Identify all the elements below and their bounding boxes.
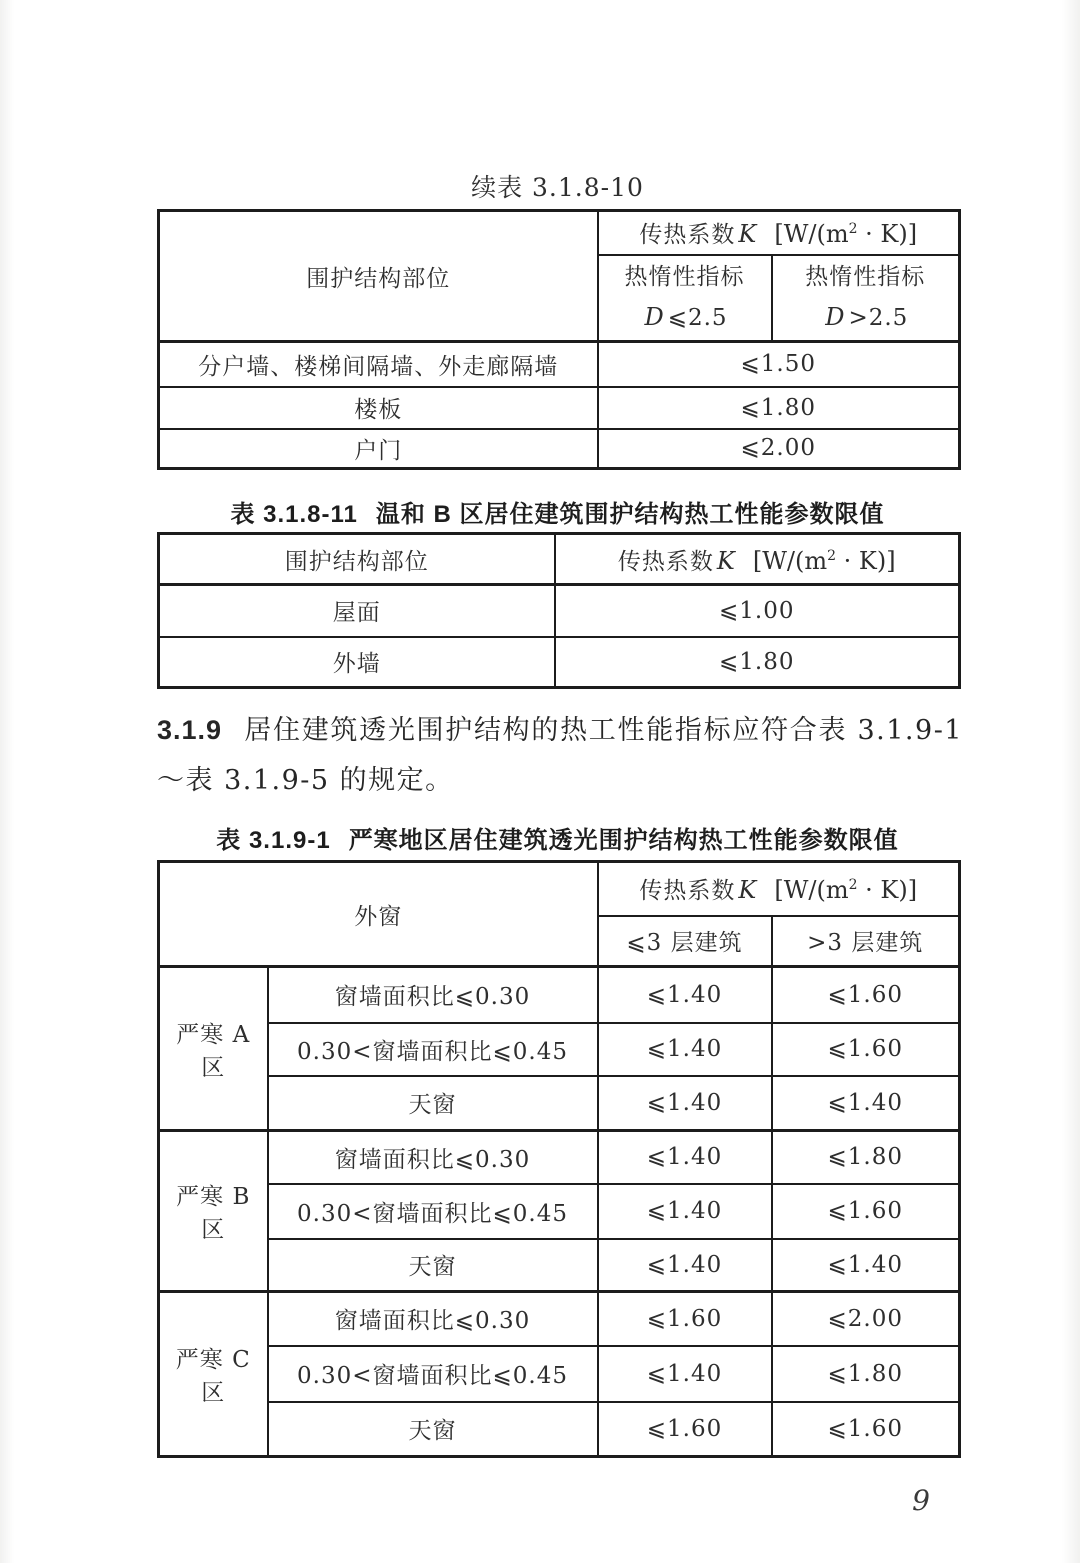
k-symbol: K <box>735 220 760 248</box>
value-cell: ⩽1.40 <box>772 1239 960 1292</box>
table-row: 户门 ⩽2.00 <box>159 429 960 469</box>
value-cell: ⩽1.80 <box>555 637 960 688</box>
table-row: 严寒 A 区 窗墙面积比⩽0.30 ⩽1.40 ⩽1.60 <box>159 967 960 1023</box>
k-unit: [W/(m2 · K)] <box>774 876 917 904</box>
thermal-inertia-label: 热惰性指标 <box>605 257 765 297</box>
table-3-1-8-11-caption: 表 3.1.8-11温和 B 区居住建筑围护结构热工性能参数限值 <box>157 470 958 532</box>
table-row: 外墙 ⩽1.80 <box>159 637 960 688</box>
table-row: 楼板 ⩽1.80 <box>159 387 960 429</box>
table-row: 严寒 B 区 窗墙面积比⩽0.30 ⩽1.40 ⩽1.80 <box>159 1131 960 1184</box>
value-cell: ⩽1.80 <box>772 1346 960 1402</box>
table-header-row: 围护结构部位 传热系数K[W/(m2 · K)] <box>159 211 960 255</box>
table-3-1-9-1: 外窗 传热系数K[W/(m2 · K)] ⩽3 层建筑 >3 层建筑 严寒 A … <box>157 860 961 1458</box>
document-page: 续表 3.1.8-10 围护结构部位 传热系数K[W/(m2 · K)] 热惰性… <box>0 0 1080 1563</box>
desc-cell: 0.30<窗墙面积比⩽0.45 <box>268 1184 598 1239</box>
table-row: 分户墙、楼梯间隔墙、外走廊隔墙 ⩽1.50 <box>159 342 960 387</box>
table-row: 0.30<窗墙面积比⩽0.45 ⩽1.40 ⩽1.80 <box>159 1346 960 1402</box>
k-header-prefix: 传热系数 <box>639 222 735 248</box>
k-symbol: K <box>714 547 739 575</box>
clause-text: 居住建筑透光围护结构的热工性能指标应符合表 3.1.9-1～表 3.1.9-5 … <box>157 715 963 796</box>
value-cell: ⩽1.50 <box>598 342 960 387</box>
value-cell: ⩽1.80 <box>772 1131 960 1184</box>
caption-text: 温和 B 区居住建筑围护结构热工性能参数限值 <box>376 501 885 528</box>
table-header-row: 外窗 传热系数K[W/(m2 · K)] <box>159 862 960 916</box>
caption-label: 表 3.1.8-11 <box>230 501 357 528</box>
table-row: 天窗 ⩽1.40 ⩽1.40 <box>159 1076 960 1131</box>
continuation-table-title: 续表 3.1.8-10 <box>157 0 958 200</box>
desc-cell: 0.30<窗墙面积比⩽0.45 <box>268 1346 598 1402</box>
part-header-cell: 围护结构部位 <box>159 211 598 342</box>
thermal-inertia-label: 热惰性指标 <box>779 257 953 297</box>
col-header-le3: ⩽3 层建筑 <box>598 916 772 967</box>
k-unit: [W/(m2 · K)] <box>753 547 896 575</box>
page-number: 9 <box>157 1458 958 1517</box>
part-cell: 楼板 <box>159 387 598 429</box>
value-cell: ⩽1.00 <box>555 585 960 637</box>
value-cell: ⩽1.40 <box>772 1076 960 1131</box>
k-header-prefix: 传热系数 <box>639 878 735 904</box>
value-cell: ⩽1.40 <box>598 1076 772 1131</box>
table-row: 严寒 C 区 窗墙面积比⩽0.30 ⩽1.60 ⩽2.00 <box>159 1292 960 1346</box>
value-cell: ⩽2.00 <box>598 429 960 469</box>
caption-text: 严寒地区居住建筑透光围护结构热工性能参数限值 <box>349 827 899 854</box>
desc-cell: 窗墙面积比⩽0.30 <box>268 1131 598 1184</box>
table-3-1-8-10-continued: 围护结构部位 传热系数K[W/(m2 · K)] 热惰性指标 D⩽2.5 热惰性… <box>157 209 961 470</box>
window-header-cell: 外窗 <box>159 862 598 967</box>
clause-3-1-9: 3.1.9居住建筑透光围护结构的热工性能指标应符合表 3.1.9-1～表 3.1… <box>157 689 963 806</box>
part-cell: 户门 <box>159 429 598 469</box>
value-cell: ⩽1.40 <box>598 967 772 1023</box>
value-cell: ⩽1.40 <box>598 1239 772 1292</box>
desc-cell: 窗墙面积比⩽0.30 <box>268 1292 598 1346</box>
k-header-prefix: 传热系数 <box>618 549 714 575</box>
value-cell: ⩽1.80 <box>598 387 960 429</box>
zone-cell-c: 严寒 C 区 <box>159 1292 268 1457</box>
value-cell: ⩽1.60 <box>772 1184 960 1239</box>
part-cell: 屋面 <box>159 585 555 637</box>
thermal-inertia-cond: D⩽2.5 <box>605 297 765 338</box>
col-header-gt3: >3 层建筑 <box>772 916 960 967</box>
thermal-inertia-cond: D>2.5 <box>779 297 953 338</box>
table-row: 天窗 ⩽1.60 ⩽1.60 <box>159 1402 960 1457</box>
desc-cell: 天窗 <box>268 1402 598 1457</box>
desc-cell: 0.30<窗墙面积比⩽0.45 <box>268 1023 598 1076</box>
table-row: 0.30<窗墙面积比⩽0.45 ⩽1.40 ⩽1.60 <box>159 1184 960 1239</box>
thermal-inertia-low-cell: 热惰性指标 D⩽2.5 <box>598 255 772 342</box>
part-header-cell: 围护结构部位 <box>159 534 555 585</box>
k-symbol: K <box>735 876 760 904</box>
value-cell: ⩽1.60 <box>772 1023 960 1076</box>
table-3-1-8-11: 围护结构部位 传热系数K[W/(m2 · K)] 屋面 ⩽1.00 外墙 ⩽1.… <box>157 532 961 689</box>
zone-cell-a: 严寒 A 区 <box>159 967 268 1131</box>
desc-cell: 天窗 <box>268 1239 598 1292</box>
value-cell: ⩽1.60 <box>772 1402 960 1457</box>
page-content: 续表 3.1.8-10 围护结构部位 传热系数K[W/(m2 · K)] 热惰性… <box>157 0 958 1517</box>
table-row: 0.30<窗墙面积比⩽0.45 ⩽1.40 ⩽1.60 <box>159 1023 960 1076</box>
table-row: 屋面 ⩽1.00 <box>159 585 960 637</box>
value-cell: ⩽1.40 <box>598 1023 772 1076</box>
zone-cell-b: 严寒 B 区 <box>159 1131 268 1292</box>
k-unit: [W/(m2 · K)] <box>774 220 917 248</box>
value-cell: ⩽1.60 <box>598 1292 772 1346</box>
part-cell: 外墙 <box>159 637 555 688</box>
thermal-inertia-high-cell: 热惰性指标 D>2.5 <box>772 255 960 342</box>
table-3-1-9-1-caption: 表 3.1.9-1严寒地区居住建筑透光围护结构热工性能参数限值 <box>157 806 958 848</box>
k-header-cell: 传热系数K[W/(m2 · K)] <box>598 862 960 916</box>
value-cell: ⩽1.40 <box>598 1346 772 1402</box>
desc-cell: 窗墙面积比⩽0.30 <box>268 967 598 1023</box>
value-cell: ⩽1.40 <box>598 1184 772 1239</box>
table-header-row: 围护结构部位 传热系数K[W/(m2 · K)] <box>159 534 960 585</box>
part-cell: 分户墙、楼梯间隔墙、外走廊隔墙 <box>159 342 598 387</box>
value-cell: ⩽1.60 <box>598 1402 772 1457</box>
value-cell: ⩽1.60 <box>772 967 960 1023</box>
clause-number: 3.1.9 <box>157 715 222 745</box>
value-cell: ⩽2.00 <box>772 1292 960 1346</box>
table-row: 天窗 ⩽1.40 ⩽1.40 <box>159 1239 960 1292</box>
caption-label: 表 3.1.9-1 <box>216 827 330 854</box>
value-cell: ⩽1.40 <box>598 1131 772 1184</box>
desc-cell: 天窗 <box>268 1076 598 1131</box>
k-header-cell: 传热系数K[W/(m2 · K)] <box>555 534 960 585</box>
k-header-cell: 传热系数K[W/(m2 · K)] <box>598 211 960 255</box>
